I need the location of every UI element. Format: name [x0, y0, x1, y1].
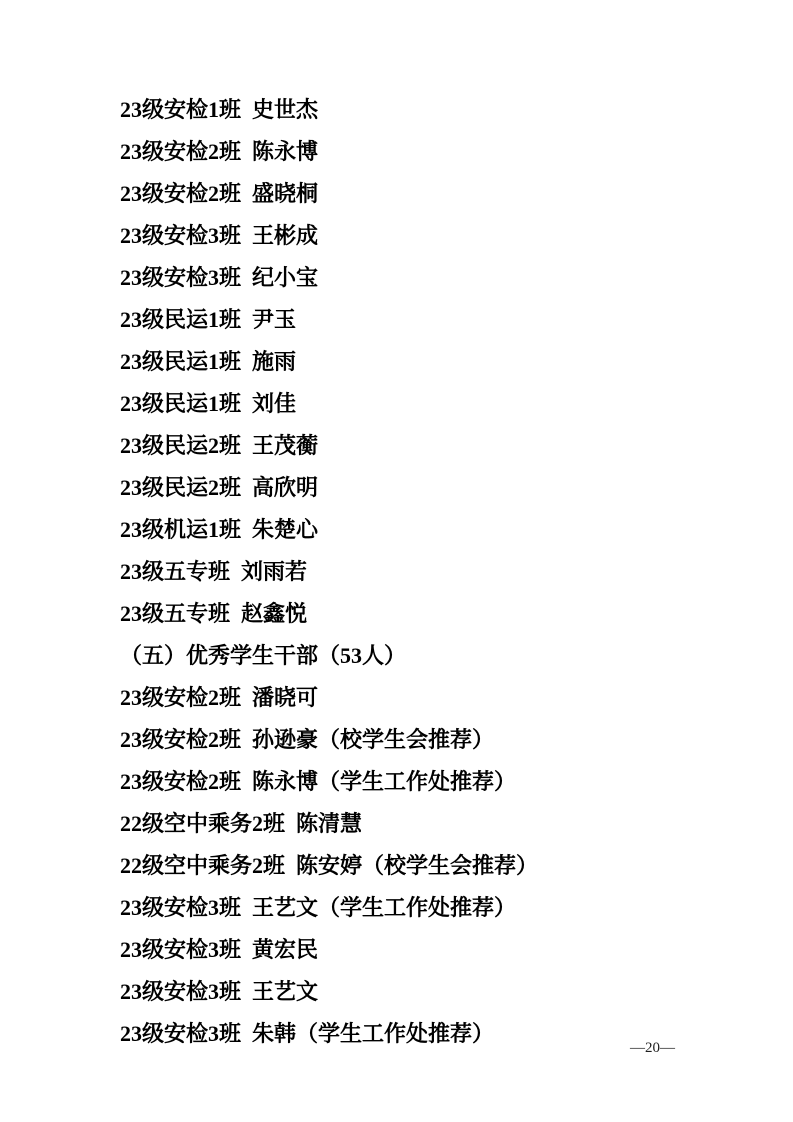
student-name: 朱韩: [252, 1021, 296, 1046]
class-label: 23级民运2班: [120, 475, 241, 500]
section-heading-text: （五）优秀学生干部（53人）: [120, 643, 406, 668]
roster-line: 23级民运1班施雨: [120, 341, 720, 383]
roster-line: 23级安检2班盛晓桐: [120, 173, 720, 215]
roster-line: 23级安检2班陈永博（学生工作处推荐）: [120, 761, 720, 803]
class-label: 23级安检2班: [120, 727, 241, 752]
recommendation-note: （学生工作处推荐）: [318, 895, 516, 920]
roster-line: 22级空中乘务2班陈安婷（校学生会推荐）: [120, 845, 720, 887]
roster-line: 23级五专班刘雨若: [120, 551, 720, 593]
roster-line: 23级安检2班潘晓可: [120, 677, 720, 719]
class-label: 23级安检3班: [120, 1021, 241, 1046]
student-name: 尹玉: [252, 307, 296, 332]
student-name: 施雨: [252, 349, 296, 374]
class-label: 23级民运1班: [120, 391, 241, 416]
class-label: 23级安检3班: [120, 979, 241, 1004]
student-name: 朱楚心: [252, 517, 318, 542]
student-name: 陈永博: [252, 139, 318, 164]
class-label: 22级空中乘务2班: [120, 853, 285, 878]
class-label: 23级民运1班: [120, 349, 241, 374]
class-label: 23级五专班: [120, 559, 230, 584]
student-name: 盛晓桐: [252, 181, 318, 206]
recommendation-note: （学生工作处推荐）: [318, 769, 516, 794]
document-page: 23级安检1班史世杰23级安检2班陈永博23级安检2班盛晓桐23级安检3班王彬成…: [0, 0, 793, 1122]
roster-line: 22级空中乘务2班陈清慧: [120, 803, 720, 845]
recommendation-note: （校学生会推荐）: [362, 853, 538, 878]
class-label: 23级安检1班: [120, 97, 241, 122]
student-name: 王艺文: [252, 895, 318, 920]
roster-line: 23级安检1班史世杰: [120, 89, 720, 131]
student-name: 黄宏民: [252, 937, 318, 962]
class-label: 23级安检3班: [120, 895, 241, 920]
student-name: 潘晓可: [252, 685, 318, 710]
roster-line: 23级安检2班孙逊豪（校学生会推荐）: [120, 719, 720, 761]
section-heading: （五）优秀学生干部（53人）: [120, 635, 720, 677]
class-label: 23级安检2班: [120, 685, 241, 710]
class-label: 23级安检3班: [120, 265, 241, 290]
roster-line: 23级民运1班刘佳: [120, 383, 720, 425]
student-name: 陈永博: [252, 769, 318, 794]
roster-line: 23级安检3班黄宏民: [120, 929, 720, 971]
class-label: 23级机运1班: [120, 517, 241, 542]
class-label: 23级五专班: [120, 601, 230, 626]
student-name: 孙逊豪: [252, 727, 318, 752]
roster-line: 23级民运2班高欣明: [120, 467, 720, 509]
student-name: 陈安婷: [296, 853, 362, 878]
class-label: 23级民运2班: [120, 433, 241, 458]
recommendation-note: （校学生会推荐）: [318, 727, 494, 752]
recommendation-note: （学生工作处推荐）: [296, 1021, 494, 1046]
class-label: 22级空中乘务2班: [120, 811, 285, 836]
class-label: 23级安检3班: [120, 223, 241, 248]
student-name: 刘雨若: [241, 559, 307, 584]
roster-line: 23级安检3班王艺文（学生工作处推荐）: [120, 887, 720, 929]
roster-line: 23级安检3班纪小宝: [120, 257, 720, 299]
class-label: 23级安检2班: [120, 181, 241, 206]
student-name: 王彬成: [252, 223, 318, 248]
student-name: 赵鑫悦: [241, 601, 307, 626]
roster-line: 23级五专班赵鑫悦: [120, 593, 720, 635]
student-name: 史世杰: [252, 97, 318, 122]
class-label: 23级安检2班: [120, 139, 241, 164]
student-name: 陈清慧: [296, 811, 362, 836]
roster-line: 23级安检2班陈永博: [120, 131, 720, 173]
student-name: 刘佳: [252, 391, 296, 416]
page-number: —20—: [630, 1038, 675, 1058]
roster-line: 23级民运1班尹玉: [120, 299, 720, 341]
student-name: 王艺文: [252, 979, 318, 1004]
roster-line: 23级安检3班王艺文: [120, 971, 720, 1013]
roster-line: 23级机运1班朱楚心: [120, 509, 720, 551]
roster-line: 23级安检3班王彬成: [120, 215, 720, 257]
class-label: 23级安检2班: [120, 769, 241, 794]
document-body: 23级安检1班史世杰23级安检2班陈永博23级安检2班盛晓桐23级安检3班王彬成…: [120, 89, 720, 1055]
student-name: 高欣明: [252, 475, 318, 500]
class-label: 23级安检3班: [120, 937, 241, 962]
student-name: 王茂蘅: [252, 433, 318, 458]
roster-line: 23级民运2班王茂蘅: [120, 425, 720, 467]
class-label: 23级民运1班: [120, 307, 241, 332]
student-name: 纪小宝: [252, 265, 318, 290]
